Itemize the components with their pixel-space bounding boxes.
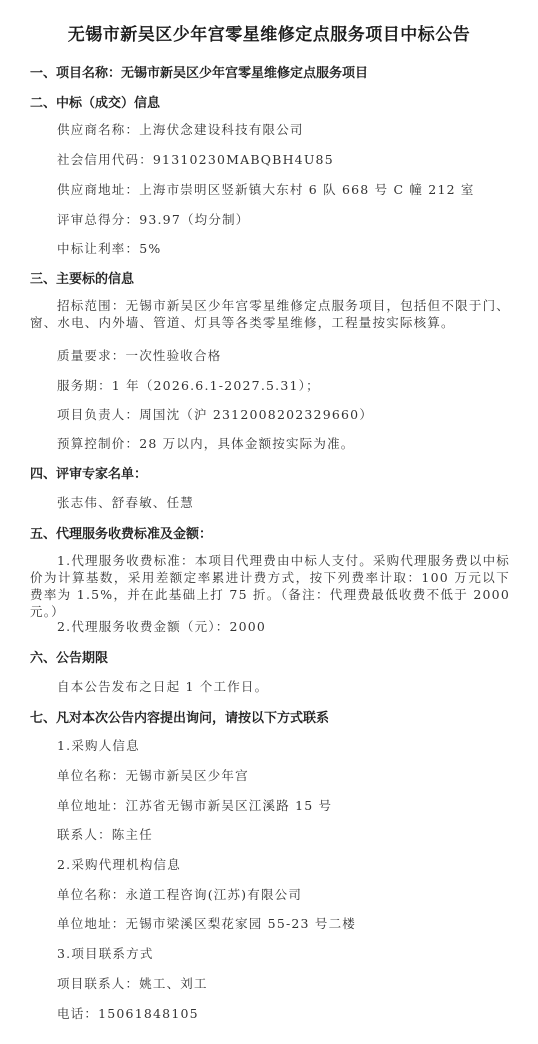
section3-heading: 三、主要标的信息 bbox=[30, 268, 134, 287]
agency-fee-amount: 2.代理服务收费金额（元）：2000 bbox=[57, 617, 266, 635]
agency-name: 单位名称：永道工程咨询(江苏)有限公司 bbox=[57, 885, 302, 903]
section1-heading: 一、项目名称：无锡市新吴区少年宫零星维修定点服务项目 bbox=[30, 62, 368, 81]
section6-heading: 六、公告期限 bbox=[30, 647, 108, 666]
supplier-address: 供应商地址：上海市崇明区竖新镇大东村 6 队 668 号 C 幢 212 室 bbox=[57, 180, 475, 198]
contact-phone: 电话：15061848105 bbox=[57, 1004, 199, 1022]
supplier-name: 供应商名称：上海伏念建设科技有限公司 bbox=[57, 120, 304, 138]
section5-heading: 五、代理服务收费标准及金额： bbox=[30, 523, 212, 542]
quality-requirement: 质量要求：一次性验收合格 bbox=[57, 346, 221, 364]
credit-code: 社会信用代码：91310230MABQBH4U85 bbox=[57, 150, 334, 168]
discount-rate: 中标让利率：5% bbox=[57, 239, 161, 257]
review-score: 评审总得分：93.97（均分制） bbox=[57, 210, 250, 228]
purchaser-address: 单位地址：江苏省无锡市新吴区江溪路 15 号 bbox=[57, 796, 332, 814]
purchaser-name: 单位名称：无锡市新吴区少年宫 bbox=[57, 766, 249, 784]
agency-fee-standard: 1.代理服务收费标准：本项目代理费由中标人支付。采购代理服务费以中标价为计算基数… bbox=[30, 552, 510, 620]
agency-address: 单位地址：无锡市梁溪区梨花家园 55-23 号二楼 bbox=[57, 914, 356, 932]
project-contact-label: 3.项目联系方式 bbox=[57, 944, 154, 962]
document-title: 无锡市新吴区少年宫零星维修定点服务项目中标公告 bbox=[0, 20, 538, 45]
purchaser-info-label: 1.采购人信息 bbox=[57, 736, 140, 754]
purchaser-contact: 联系人：陈主任 bbox=[57, 825, 153, 843]
project-manager: 项目负责人：周国沈（沪 2312008202329660） bbox=[57, 405, 373, 423]
service-period: 服务期：1 年（2026.6.1-2027.5.31）； bbox=[57, 376, 320, 394]
expert-list: 张志伟、舒春敏、任慧 bbox=[57, 493, 194, 511]
section4-heading: 四、评审专家名单： bbox=[30, 463, 147, 482]
announcement-period: 自本公告发布之日起 1 个工作日。 bbox=[57, 677, 268, 695]
section2-heading: 二、中标（成交）信息 bbox=[30, 92, 160, 111]
agency-info-label: 2.采购代理机构信息 bbox=[57, 855, 181, 873]
section7-heading: 七、凡对本次公告内容提出询问，请按以下方式联系 bbox=[30, 707, 329, 726]
budget-control-price: 预算控制价：28 万以内，具体金额按实际为准。 bbox=[57, 434, 354, 452]
bidding-scope: 招标范围：无锡市新吴区少年宫零星维修定点服务项目，包括但不限于门、窗、水电、内外… bbox=[30, 297, 510, 331]
announcement-document: 无锡市新吴区少年宫零星维修定点服务项目中标公告 一、项目名称：无锡市新吴区少年宫… bbox=[0, 0, 538, 1044]
project-contacts: 项目联系人：姚工、刘工 bbox=[57, 974, 208, 992]
